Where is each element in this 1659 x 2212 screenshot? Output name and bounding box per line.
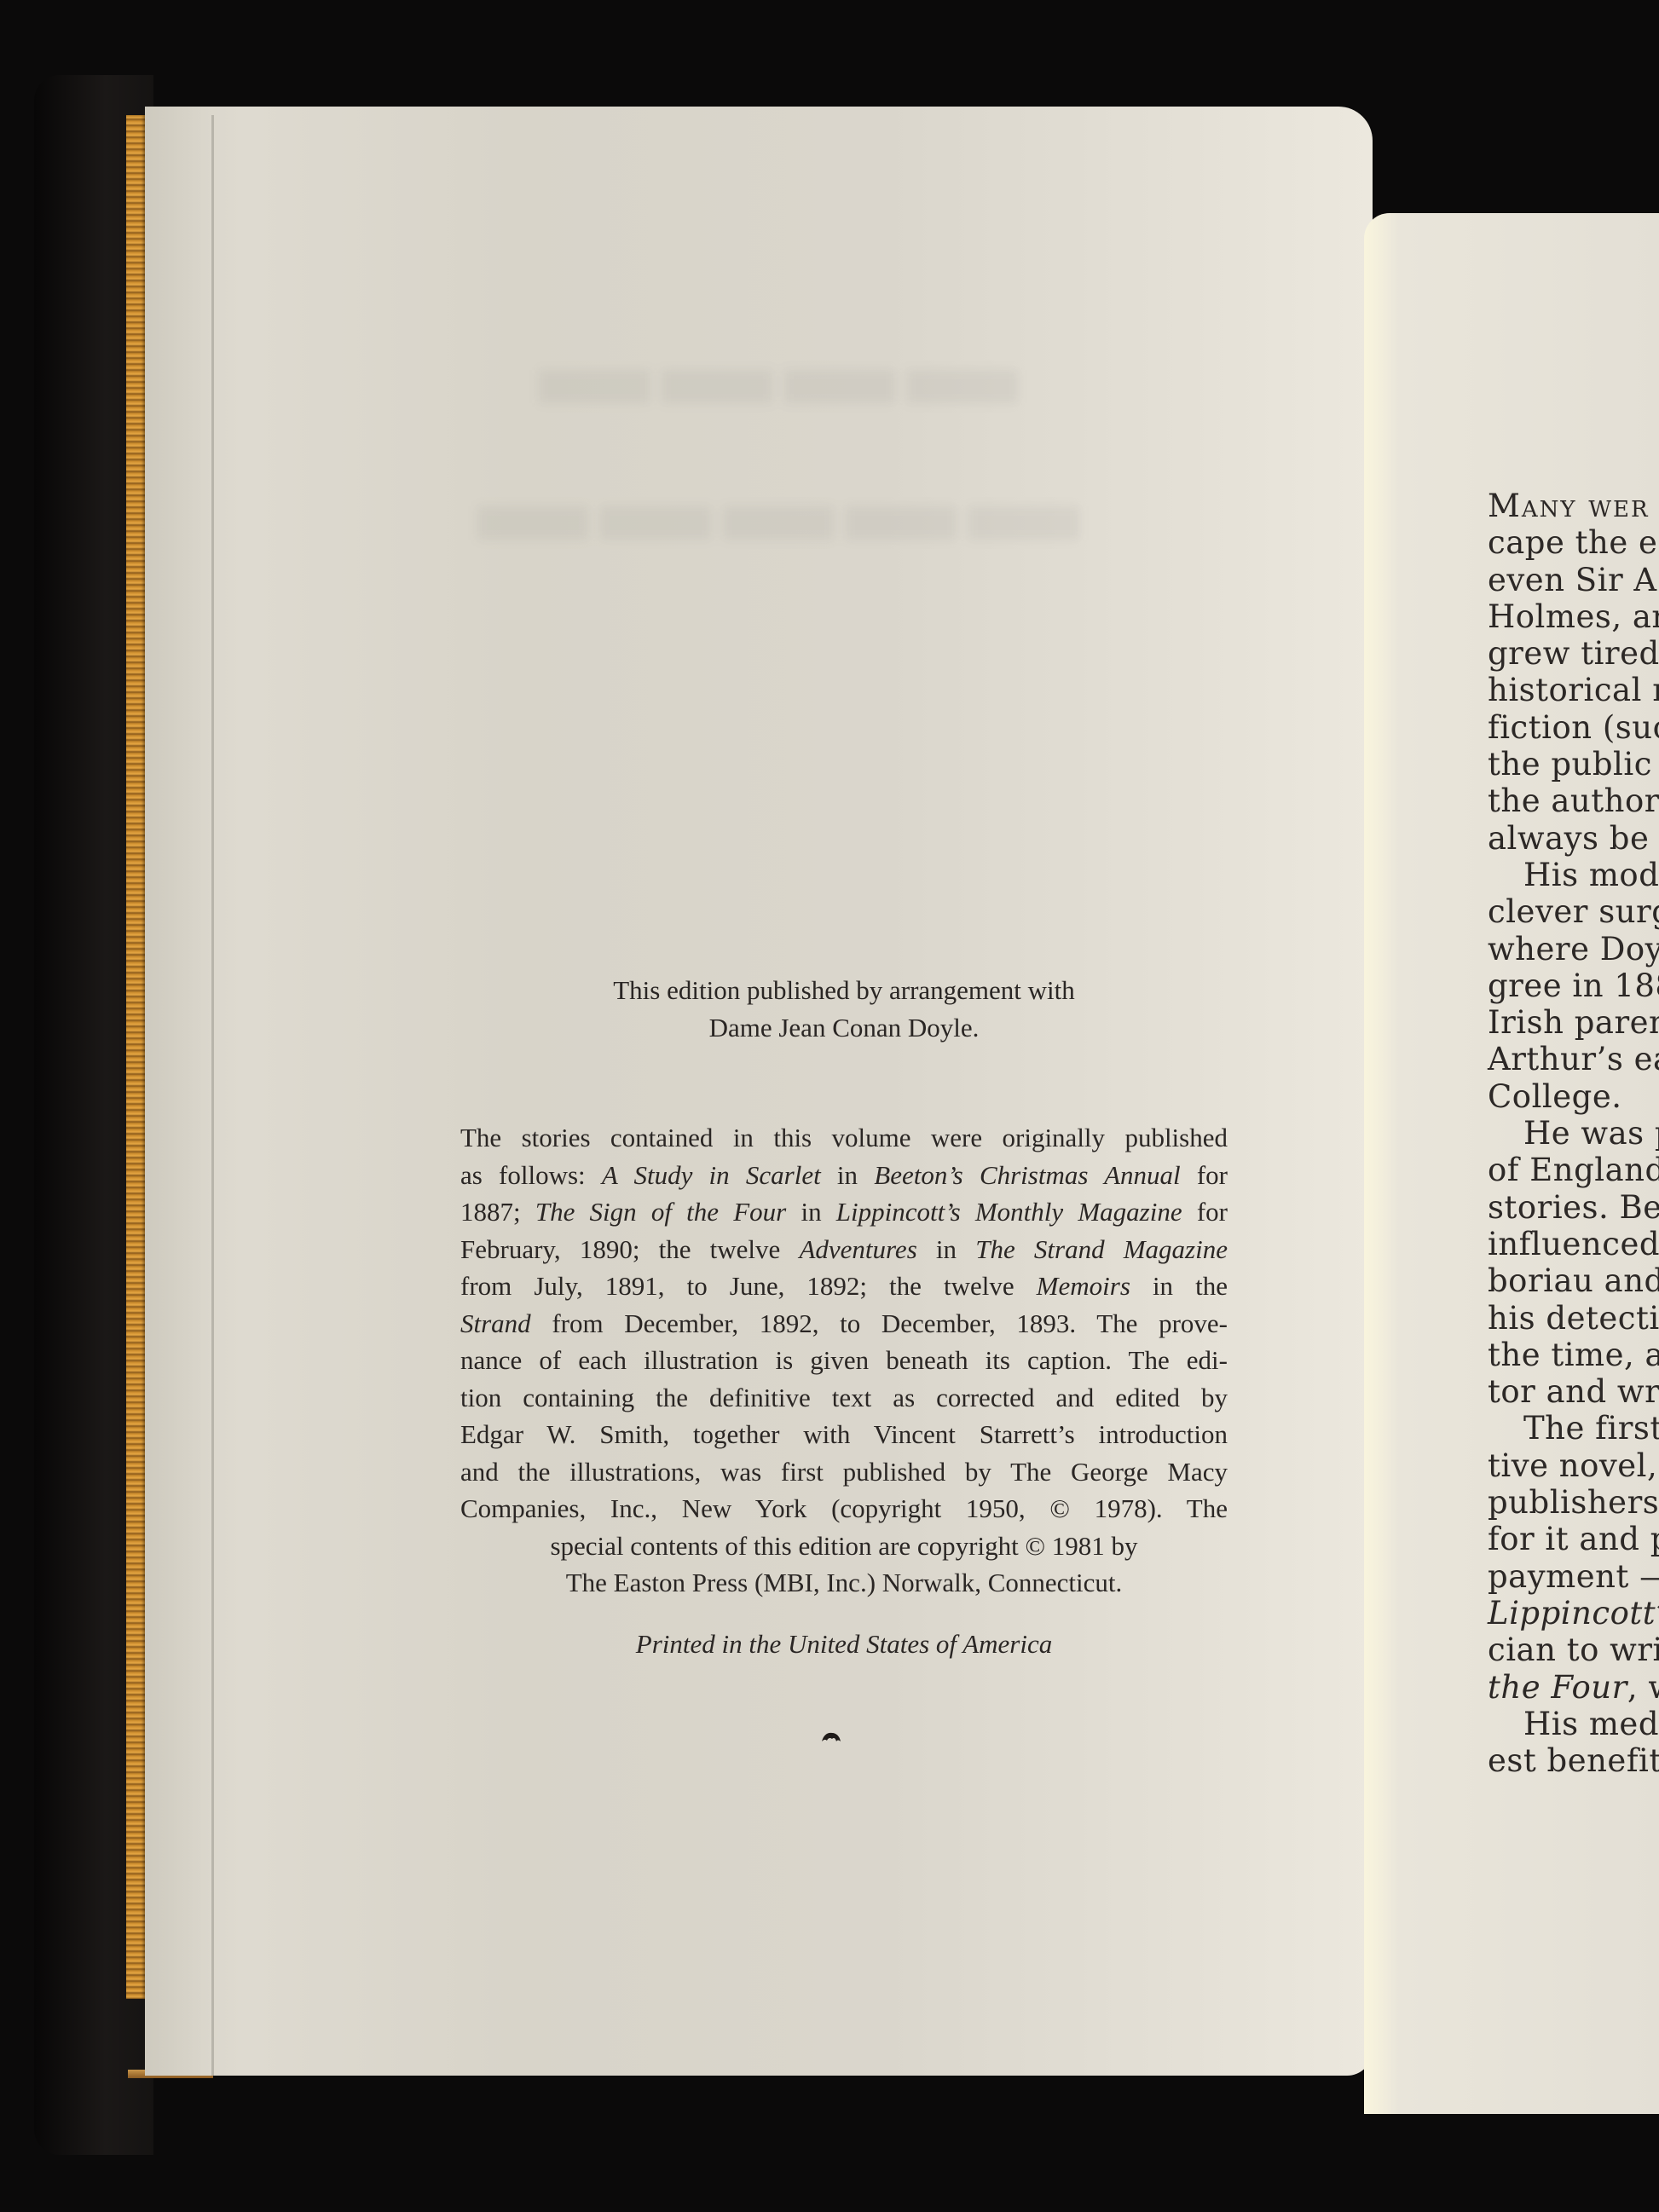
body-text-line: tive novel, (1488, 1447, 1659, 1484)
provenance-line: Edgar W. Smith, together with Vincent St… (460, 1416, 1228, 1453)
provenance-paragraph: The stories contained in this volume wer… (460, 1119, 1228, 1602)
provenance-line: as follows: A Study in Scarlet in Beeton… (460, 1157, 1228, 1194)
body-text-line: He was p (1488, 1115, 1659, 1152)
body-text-line: cape the ea (1488, 524, 1659, 561)
provenance-line: special contents of this edition are cop… (460, 1528, 1228, 1565)
body-text-line: the Four, wi (1488, 1669, 1659, 1706)
body-text-line: His mode (1488, 857, 1659, 893)
body-text-line: grew tired (1488, 635, 1659, 672)
body-text-line: the time, an (1488, 1337, 1659, 1373)
body-text-line: fiction (such (1488, 709, 1659, 746)
provenance-line: Strand from December, 1892, to December,… (460, 1305, 1228, 1343)
provenance-line: The Easton Press (MBI, Inc.) Norwalk, Co… (460, 1564, 1228, 1602)
colophon: This edition published by arrangement wi… (460, 972, 1228, 1662)
provenance-line: from July, 1891, to June, 1892; the twel… (460, 1268, 1228, 1305)
body-text-line: payment — (1488, 1558, 1659, 1595)
arrangement-notice: This edition published by arrangement wi… (460, 972, 1228, 1046)
arrangement-line: This edition published by arrangement wi… (460, 972, 1228, 1009)
body-text-line: Lippincott’s (1488, 1595, 1659, 1632)
provenance-line: Companies, Inc., New York (copyright 195… (460, 1490, 1228, 1528)
body-text-line: boriau and (1488, 1262, 1659, 1299)
provenance-line: tion containing the definitive text as c… (460, 1379, 1228, 1417)
printed-in-notice: Printed in the United States of America (460, 1626, 1228, 1663)
body-text-line: His medi (1488, 1706, 1659, 1742)
body-text-line: clever surge (1488, 893, 1659, 930)
provenance-line: 1887; The Sign of the Four in Lippincott… (460, 1193, 1228, 1231)
body-text-line: the public (1488, 746, 1659, 783)
body-text-line: influenced b (1488, 1226, 1659, 1262)
provenance-line: and the illustrations, was first publish… (460, 1453, 1228, 1491)
body-text-line: Holmes, ar (1488, 598, 1659, 635)
arrangement-line: Dame Jean Conan Doyle. (460, 1009, 1228, 1047)
body-text-line: tor and writ (1488, 1373, 1659, 1410)
body-text-line: for it and pr (1488, 1521, 1659, 1557)
body-text-line: College. (1488, 1078, 1659, 1115)
body-text-line: his detectiv (1488, 1300, 1659, 1337)
body-text-line: gree in 188 (1488, 967, 1659, 1004)
body-text-line: always be cl (1488, 820, 1659, 857)
body-text-line: The first (1488, 1410, 1659, 1447)
body-text-line: where Doyl (1488, 931, 1659, 967)
body-text-line: Arthur’s ear (1488, 1041, 1659, 1077)
provenance-line: February, 1890; the twelve Adventures in… (460, 1231, 1228, 1268)
body-text-line: of England (1488, 1152, 1659, 1188)
right-page-body-text: Many wercape the eaeven Sir AHolmes, arg… (1488, 488, 1659, 1779)
body-text-line: publishers u (1488, 1484, 1659, 1521)
gilt-page-edge (126, 115, 145, 1999)
body-text-line: historical n (1488, 672, 1659, 708)
provenance-line: nance of each illustration is given bene… (460, 1342, 1228, 1379)
body-text-line: the author (1488, 783, 1659, 819)
body-text-line: est benefit w (1488, 1742, 1659, 1779)
body-text-line: stories. Besi (1488, 1189, 1659, 1226)
body-text-line: Irish paren (1488, 1004, 1659, 1041)
printer-device-ornament-icon (820, 1730, 842, 1744)
body-text-line: Many wer (1488, 488, 1659, 524)
provenance-line: The stories contained in this volume wer… (460, 1119, 1228, 1157)
body-text-line: even Sir A (1488, 562, 1659, 598)
body-text-line: cian to writ (1488, 1632, 1659, 1668)
